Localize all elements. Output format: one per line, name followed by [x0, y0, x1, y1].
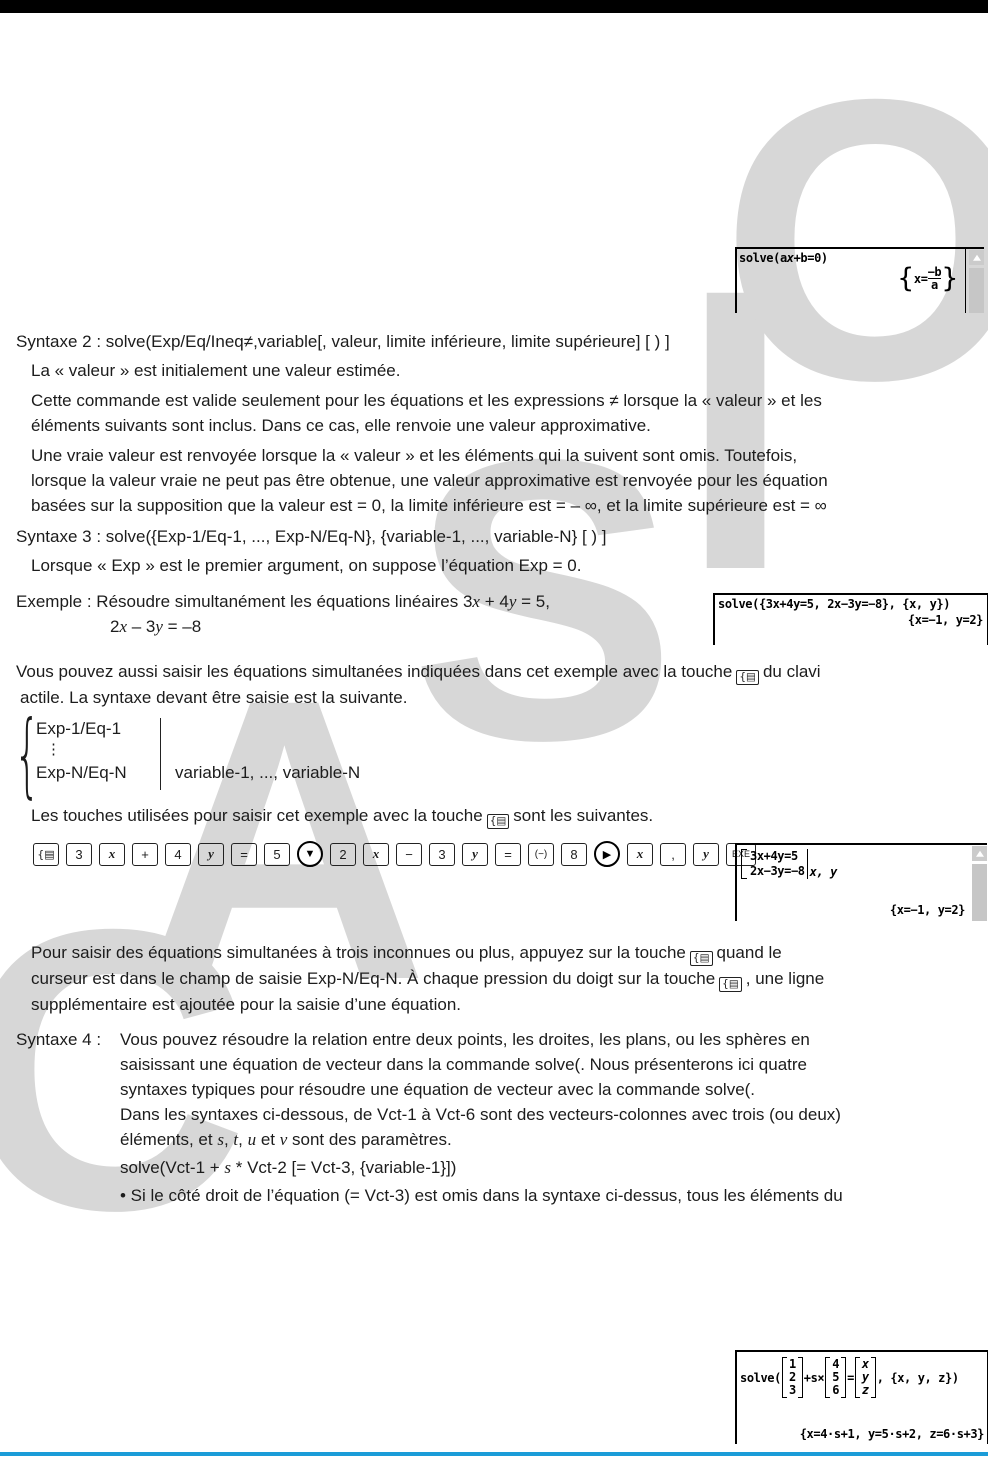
key-4: 4: [165, 843, 191, 866]
vertical-dots: ⋮: [46, 740, 61, 758]
simeq-key-icon: {▤: [736, 670, 759, 685]
text-run: Les touches utilisées pour saisir cet ex…: [31, 806, 483, 825]
text-line: éléments suivants sont inclus. Dans ce c…: [31, 413, 822, 438]
brace-item-1: Exp-1/Eq-1: [36, 716, 121, 741]
scrollbar-thumb: [969, 268, 984, 313]
separator-bar: [160, 718, 161, 790]
touch-paragraph: Vous pouvez aussi saisir les équations s…: [16, 659, 821, 710]
calc-screenshot-simul-system: 3x+4y=5 2x−3y=−8 x, y {x=−1, y=2}: [735, 843, 987, 921]
text-run: solve(Vct-1 +: [120, 1158, 224, 1177]
text-run: = –8: [163, 617, 201, 636]
brace-item-2: Exp-N/Eq-N: [36, 760, 127, 785]
text-run: quand le: [717, 943, 782, 962]
text-line: lorsque la valeur vraie ne peut pas être…: [31, 468, 828, 493]
scrollbar-thumb: [972, 864, 987, 921]
solve-variables: x, y: [808, 865, 837, 879]
syntax4-formula: solve(Vct-1 + s * Vct-2 [= Vct-3, {varia…: [120, 1155, 456, 1180]
vector-3: xyz: [855, 1357, 876, 1398]
text-line: Vous pouvez aussi saisir les équations s…: [16, 659, 821, 685]
text-run: et: [256, 1130, 280, 1149]
text-line: actile. La syntaxe devant être saisie es…: [20, 685, 821, 710]
text-run: éléments, et: [120, 1130, 217, 1149]
key-equals: =: [231, 843, 257, 866]
simeq-key-icon: {▤: [487, 814, 510, 829]
operator: +s×: [804, 1371, 824, 1385]
vector-element: 6: [832, 1384, 839, 1397]
text-line: saisissant une équation de vecteur dans …: [120, 1052, 810, 1077]
vector-equation: solve( 123 +s× 456 = xyz , {x, y, z}): [740, 1357, 959, 1398]
scroll-up-icon: [972, 846, 987, 861]
text-run: + 4: [480, 592, 509, 611]
bracket-right: [841, 1357, 846, 1398]
key-x: x: [99, 843, 125, 866]
equation-2: 2x−3y=−8: [750, 864, 805, 879]
math-var: x: [787, 251, 794, 265]
text-run: * Vct-2 [= Vct-3, {variable-1}]): [231, 1158, 456, 1177]
calc-input-line: solve(ax+b=0): [739, 251, 828, 265]
key-y: y: [693, 843, 719, 866]
fraction-denominator: a: [928, 278, 942, 291]
calc-screenshot-solve-axb: solve(ax+b=0) { x= −ba }: [735, 247, 984, 313]
manual-page: C A S I O Syntaxe 2 : solve(Exp/Eq/Ineq≠…: [0, 0, 988, 1459]
bracket-right: [871, 1357, 876, 1398]
syntax2-paragraph-1: La « valeur » est initialement une valeu…: [31, 358, 400, 383]
simeq-key-icon: {▤: [719, 977, 742, 992]
text-line: Cette commande est valide seulement pour…: [31, 388, 822, 413]
text-line: Vous pouvez résoudre la relation entre d…: [120, 1027, 810, 1052]
key-5: 5: [264, 843, 290, 866]
text-run: Vous pouvez aussi saisir les équations s…: [16, 662, 732, 681]
text-run: solve(: [740, 1371, 781, 1385]
text-line: basées sur la supposition que la valeur …: [31, 493, 828, 518]
text-run: Exemple : Résoudre simultanément les équ…: [16, 592, 472, 611]
text-run: = 5,: [516, 592, 550, 611]
text-line: éléments, et s, t, u et v sont des param…: [120, 1127, 841, 1152]
math-var: s: [217, 1130, 224, 1149]
text-run: sont les suivantes.: [513, 806, 653, 825]
math-var: x: [119, 617, 127, 636]
keys-intro: Les touches utilisées pour saisir cet ex…: [31, 803, 653, 829]
equation-1: 3x+4y=5: [750, 849, 805, 864]
simeq-key-icon: {▤: [690, 951, 713, 966]
fraction: −ba: [928, 266, 942, 291]
brace-variables: variable-1, ..., variable-N: [175, 760, 360, 785]
calc-result: { x= −ba }: [897, 265, 958, 292]
example-line-1: Exemple : Résoudre simultanément les équ…: [16, 589, 550, 614]
syntax3-paragraph-1: Lorsque « Exp » est le premier argument,…: [31, 553, 581, 578]
cursor-right-key-icon: ▶: [594, 841, 620, 867]
example-line-2: 2x – 3y = –8: [110, 614, 550, 639]
bracket-right: [798, 1357, 803, 1398]
calc-input-line: solve({3x+4y=5, 2x−3y=−8}, {x, y}): [715, 595, 987, 611]
text-line: Une vraie valeur est renvoyée lorsque la…: [31, 443, 828, 468]
key-3: 3: [66, 843, 92, 866]
simeq-key-icon: {▤: [33, 843, 59, 866]
text-line: curseur est dans le champ de saisie Exp-…: [31, 966, 824, 992]
vector-2: 456: [825, 1357, 846, 1398]
fraction-numerator: −b: [928, 265, 942, 279]
key-plus: +: [132, 843, 158, 866]
example-block: Exemple : Résoudre simultanément les équ…: [16, 589, 550, 639]
key-x: x: [627, 843, 653, 866]
key-negative: (−): [528, 843, 554, 866]
syntax4-label: Syntaxe 4 :: [16, 1027, 101, 1052]
text-run: , {x, y, z}): [877, 1371, 959, 1385]
text-line: syntaxes typiques pour résoudre une équa…: [120, 1077, 810, 1102]
math-var: x: [472, 592, 480, 611]
key-sequence-row: {▤ 3 x + 4 y = 5 ▼ 2 x − 3 y = (−) 8 ▶ x…: [33, 841, 756, 867]
cursor-down-key-icon: ▼: [297, 841, 323, 867]
scroll-up-icon: [969, 250, 984, 265]
text-run: – 3: [127, 617, 155, 636]
result-var: x=: [914, 272, 928, 286]
calc-screenshot-vector-solve: solve( 123 +s× 456 = xyz , {x, y, z}) {x…: [735, 1350, 988, 1444]
calc-result-line: {x=4·s+1, y=5·s+2, z=6·s+3}: [800, 1427, 984, 1441]
text-run: curseur est dans le champ de saisie Exp-…: [31, 969, 715, 988]
vector-1: 123: [782, 1357, 803, 1398]
syntax4-paragraph-2: Dans les syntaxes ci-dessous, de Vct-1 à…: [120, 1102, 841, 1152]
text-run: Pour saisir des équations simultanées à …: [31, 943, 686, 962]
syntax2-paragraph-3: Une vraie valeur est renvoyée lorsque la…: [31, 443, 828, 518]
equals-sign: =: [847, 1371, 854, 1385]
syntax4-bullet: • Si le côté droit de l’équation (= Vct-…: [120, 1183, 843, 1208]
text-run: +b=0): [794, 251, 828, 265]
key-8: 8: [561, 843, 587, 866]
syntax-brace-figure: { Exp-1/Eq-1 ⋮ Exp-N/Eq-N variable-1, ..…: [22, 718, 442, 794]
syntax3-heading: Syntaxe 3 : solve({Exp-1/Eq-1, ..., Exp-…: [16, 524, 607, 549]
open-brace-glyph: {: [897, 265, 914, 292]
text-run: , une ligne: [746, 969, 824, 988]
top-bar: [0, 0, 988, 13]
key-comma: ,: [660, 843, 686, 866]
text-line: supplémentaire est ajoutée pour la saisi…: [31, 992, 824, 1017]
text-run: sont des paramètres.: [287, 1130, 451, 1149]
syntax4-block: Syntaxe 4 : Vous pouvez résoudre la rela…: [16, 1027, 810, 1102]
key-minus: −: [396, 843, 422, 866]
key-equals: =: [495, 843, 521, 866]
key-y: y: [462, 843, 488, 866]
syntax2-heading: Syntaxe 2 : solve(Exp/Eq/Ineq≠,variable[…: [16, 329, 670, 354]
content-divider: [965, 249, 966, 313]
calc-screenshot-simul-input: solve({3x+4y=5, 2x−3y=−8}, {x, y}) {x=−1…: [713, 593, 988, 645]
calc-result-line: {x=−1, y=2}: [890, 903, 965, 917]
text-run: solve(a: [739, 251, 787, 265]
key-2: 2: [330, 843, 356, 866]
math-var: y: [155, 617, 163, 636]
pour-paragraph: Pour saisir des équations simultanées à …: [31, 940, 824, 1017]
key-3: 3: [429, 843, 455, 866]
syntax2-paragraph-2: Cette commande est valide seulement pour…: [31, 388, 822, 438]
math-var: u: [248, 1130, 257, 1149]
footer-rule: [0, 1452, 988, 1456]
system-bracket: [741, 849, 747, 879]
vector-element: 3: [789, 1384, 796, 1397]
text-line: Pour saisir des équations simultanées à …: [31, 940, 824, 966]
text-line: Dans les syntaxes ci-dessous, de Vct-1 à…: [120, 1102, 841, 1127]
system-display: 3x+4y=5 2x−3y=−8 x, y: [741, 849, 837, 879]
close-brace-glyph: }: [941, 265, 958, 292]
system-equations: 3x+4y=5 2x−3y=−8: [750, 849, 805, 879]
scrollbar: [972, 846, 987, 921]
scrollbar: [969, 250, 984, 313]
text-run: ,: [238, 1130, 247, 1149]
vector-element: z: [862, 1384, 869, 1397]
key-y: y: [198, 843, 224, 866]
calc-result-line: {x=−1, y=2}: [715, 611, 987, 627]
text-run: du clavi: [763, 662, 821, 681]
text-run: ,: [224, 1130, 233, 1149]
key-x: x: [363, 843, 389, 866]
